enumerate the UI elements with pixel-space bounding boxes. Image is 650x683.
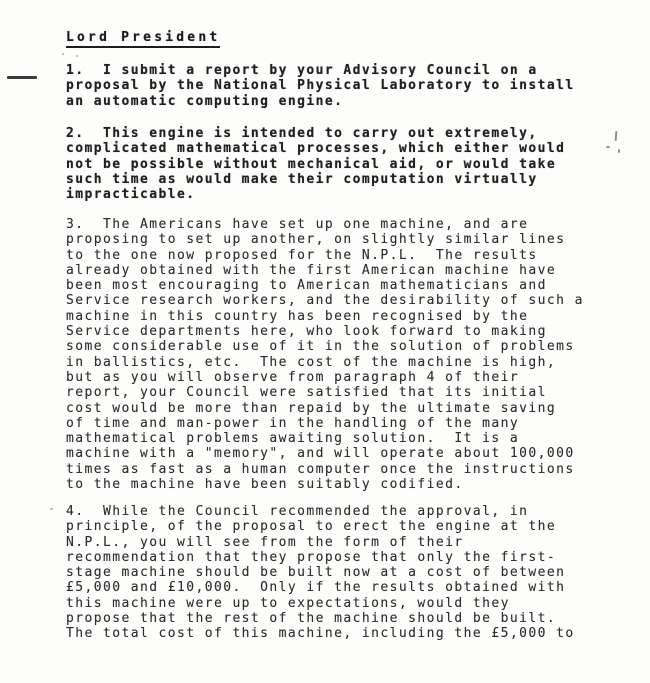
paragraph-1: 1. I submit a report by your Advisory Co… [66, 63, 575, 109]
text-line: times as fast as a human computer once t… [66, 462, 584, 477]
text-line: 3. The Americans have set up one machine… [66, 217, 584, 232]
ink-speck [62, 53, 64, 55]
text-line: to the machine have been suitably codifi… [66, 477, 584, 492]
margin-dash-annotation [7, 76, 37, 79]
text-line: of time and man-power in the handling of… [66, 416, 584, 431]
paragraph-3: 3. The Americans have set up one machine… [66, 217, 584, 492]
document-title: Lord President [66, 30, 220, 48]
text-line: machine with a "memory", and will operat… [66, 446, 584, 461]
text-line: propose that the rest of the machine sho… [66, 611, 575, 626]
text-line: principle, of the proposal to erect the … [66, 519, 575, 534]
text-line: Service research workers, and the desira… [66, 293, 584, 308]
text-line: £5,000 and £10,000. Only if the results … [66, 580, 575, 595]
pencil-mark [606, 146, 610, 148]
text-line: already obtained with the first American… [66, 263, 584, 278]
text-line: but as you will observe from paragraph 4… [66, 370, 584, 385]
text-line: in ballistics, etc. The cost of the mach… [66, 355, 584, 370]
pencil-mark [618, 149, 620, 153]
text-line: proposing to set up another, on slightly… [66, 232, 584, 247]
text-line: been most encouraging to American mathem… [66, 278, 584, 293]
text-line: recommendation that they propose that on… [66, 550, 575, 565]
text-line: this machine were up to expectations, wo… [66, 596, 575, 611]
text-line: complicated mathematical processes, whic… [66, 141, 565, 156]
paragraph-2: 2. This engine is intended to carry out … [66, 126, 565, 202]
text-line: mathematical problems awaiting solution.… [66, 431, 584, 446]
text-line: report, your Council were satisfied that… [66, 385, 584, 400]
paragraph-4: 4. While the Council recommended the app… [66, 504, 575, 642]
text-line: 4. While the Council recommended the app… [66, 504, 575, 519]
text-line: 1. I submit a report by your Advisory Co… [66, 63, 575, 78]
text-line: 2. This engine is intended to carry out … [66, 126, 565, 141]
text-line: an automatic computing engine. [66, 94, 575, 109]
text-line: cost would be more than repaid by the ul… [66, 401, 584, 416]
pencil-mark [615, 131, 618, 141]
ink-speck [50, 508, 53, 510]
text-line: to the one now proposed for the N.P.L. T… [66, 248, 584, 263]
text-line: The total cost of this machine, includin… [66, 626, 575, 641]
document-page: Lord President 1. I submit a report by y… [0, 0, 650, 683]
text-line: machine in this country has been recogni… [66, 309, 584, 324]
document-title-text: Lord President [66, 30, 220, 48]
text-line: proposal by the National Physical Labora… [66, 78, 575, 93]
ink-speck [76, 55, 78, 57]
text-line: stage machine should be built now at a c… [66, 565, 575, 580]
text-line: such time as would make their computatio… [66, 172, 565, 187]
text-line: impracticable. [66, 187, 565, 202]
text-line: not be possible without mechanical aid, … [66, 157, 565, 172]
text-line: Service departments here, who look forwa… [66, 324, 584, 339]
text-line: some considerable use of it in the solut… [66, 339, 584, 354]
text-line: N.P.L., you will see from the form of th… [66, 535, 575, 550]
